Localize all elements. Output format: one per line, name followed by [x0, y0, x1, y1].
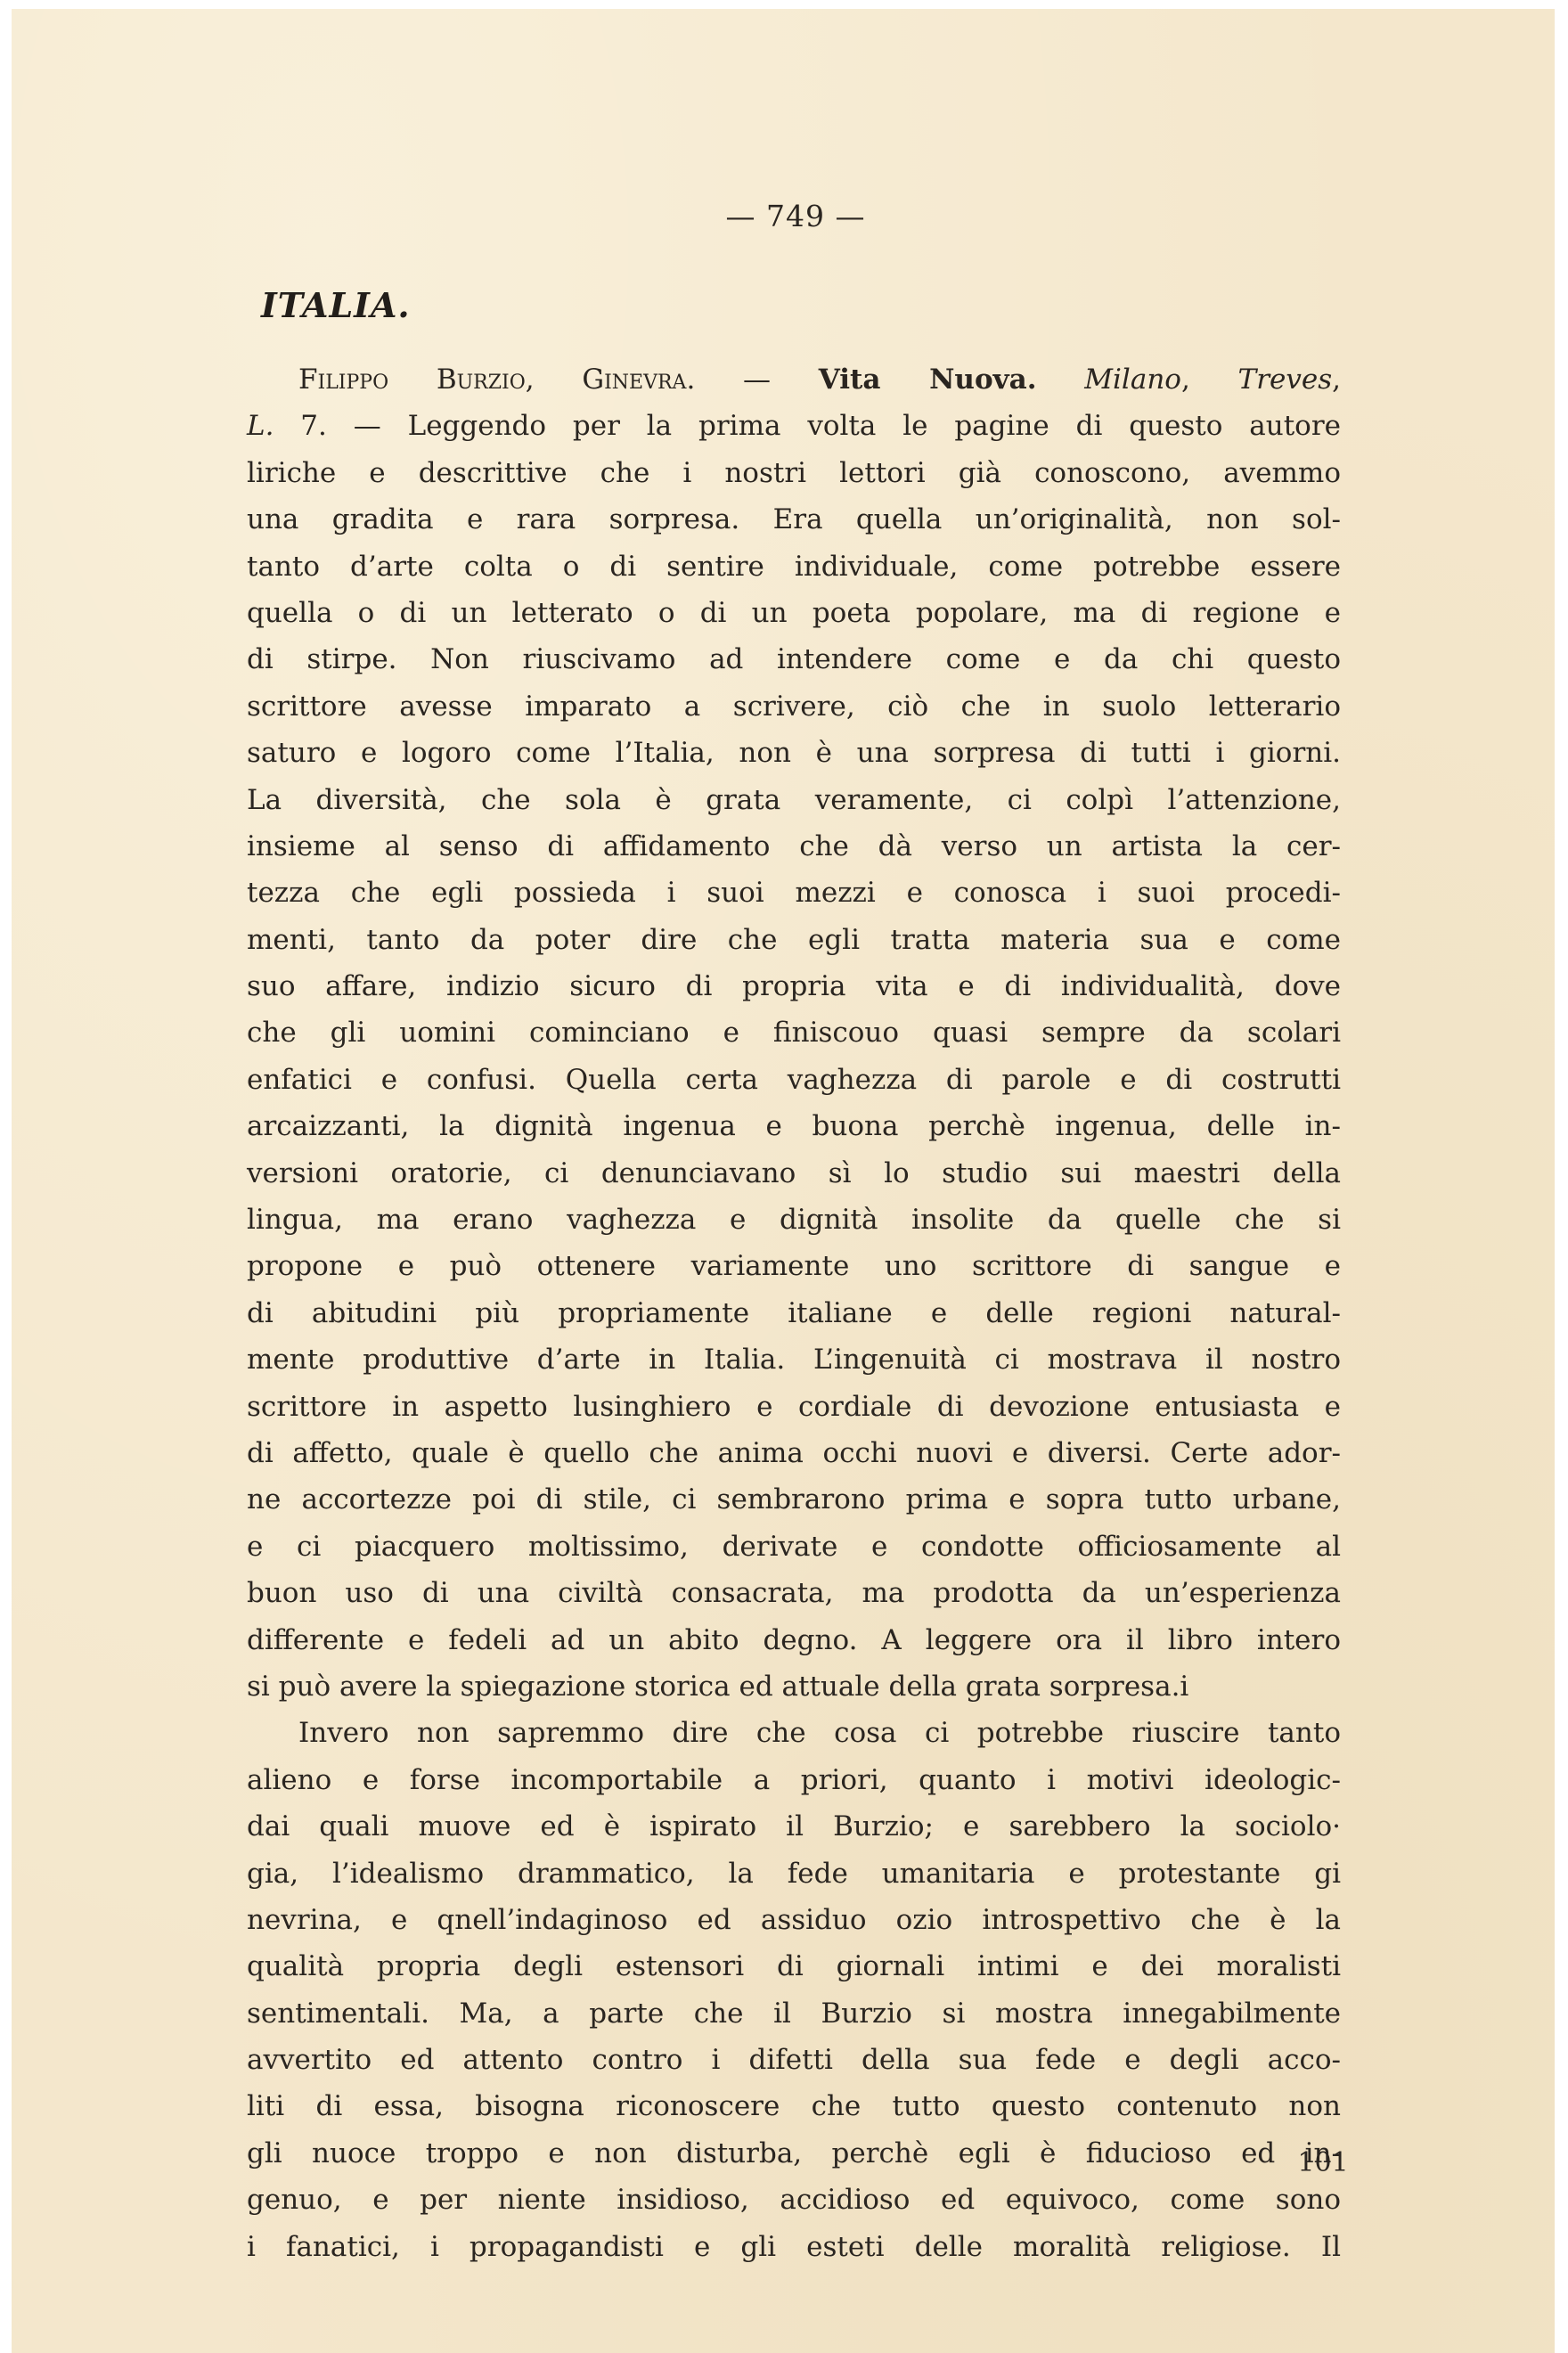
review-heading-line: Filippo Burzio, Ginevra. — Vita Nuova. M…: [247, 356, 1341, 403]
price-line: L. 7. — Leggendo per la prima volta le p…: [247, 403, 1341, 449]
text-line: scrittore in aspetto lusinghiero e cordi…: [247, 1384, 1341, 1430]
text-line: liriche e descrittive che i nostri letto…: [247, 450, 1341, 496]
text-line: genuo, e per niente insidioso, accidioso…: [247, 2177, 1341, 2223]
text-line: gia, l’idealismo drammatico, la fede uma…: [247, 1851, 1341, 1897]
text-line: gli nuoce troppo e non disturba, perchè …: [247, 2130, 1341, 2177]
text-line: che gli uomini cominciano e finiscouo qu…: [247, 1009, 1341, 1056]
text-line: avvertito ed attento contro i difetti de…: [247, 2037, 1341, 2083]
text-line: buon uso di una civiltà consacrata, ma p…: [247, 1570, 1341, 1616]
text-line: saturo e logoro come l’Italia, non è una…: [247, 730, 1341, 776]
text-line: i fanatici, i propagandisti e gli esteti…: [247, 2224, 1341, 2270]
text-line: differente e fedeli ad un abito degno. A…: [247, 1617, 1341, 1663]
text-line: versioni oratorie, ci denunciavano sì lo…: [247, 1150, 1341, 1197]
text-line: sentimentali. Ma, a parte che il Burzio …: [247, 1990, 1341, 2037]
publisher: Treves: [1238, 364, 1333, 396]
text-line: e ci piacquero moltissimo, derivate e co…: [247, 1524, 1341, 1570]
text-line: lingua, ma erano vaghezza e dignità inso…: [247, 1197, 1341, 1243]
text-line: La diversità, che sola è grata veramente…: [247, 777, 1341, 823]
text-line: ne accortezze poi di stile, ci sembraron…: [247, 1476, 1341, 1523]
text-line: nevrina, e qnell’indaginoso ed assiduo o…: [247, 1897, 1341, 1943]
text-line: Invero non sapremmo dire che cosa ci pot…: [247, 1710, 1341, 1756]
text-line: mente produttive d’arte in Italia. L’ing…: [247, 1336, 1341, 1383]
text-line: di stirpe. Non riuscivamo ad intendere c…: [247, 636, 1341, 682]
author-name: Filippo Burzio: [298, 364, 526, 396]
text-line: alieno e forse incomportabile a priori, …: [247, 1757, 1341, 1803]
text-line: menti, tanto da poter dire che egli trat…: [247, 917, 1341, 963]
text-line: scrittore avesse imparato a scrivere, ci…: [247, 683, 1341, 730]
text-line: tanto d’arte colta o di sentire individu…: [247, 543, 1341, 590]
text-line: suo affare, indizio sicuro di propria vi…: [247, 963, 1341, 1009]
text-line: enfatici e confusi. Quella certa vaghezz…: [247, 1057, 1341, 1103]
text-line: tezza che egli possieda i suoi mezzi e c…: [247, 870, 1341, 916]
publisher-place: Milano: [1084, 364, 1181, 396]
review-body: Filippo Burzio, Ginevra. — Vita Nuova. M…: [247, 356, 1341, 2270]
price-label: L.: [247, 410, 274, 442]
text-line: di affetto, quale è quello che anima occ…: [247, 1430, 1341, 1476]
text-line: quella o di un letterato o di un poeta p…: [247, 590, 1341, 636]
section-title: ITALIA.: [261, 285, 411, 325]
text-line: liti di essa, bisogna riconoscere che tu…: [247, 2083, 1341, 2129]
text-line: si può avere la spiegazione storica ed a…: [247, 1663, 1341, 1710]
text-line: insieme al senso di affidamento che dà v…: [247, 823, 1341, 870]
text-line: propone e può ottenere variamente uno sc…: [247, 1243, 1341, 1289]
text-line: una gradita e rara sorpresa. Era quella …: [247, 496, 1341, 543]
series-name: Vita Nuova.: [819, 364, 1037, 396]
page-number: — 749 —: [12, 199, 1568, 233]
text-line: dai quali muove ed è ispirato il Burzio;…: [247, 1803, 1341, 1850]
signature-mark: 101: [1274, 2147, 1372, 2178]
text-line: qualità propria degli estensori di giorn…: [247, 1943, 1341, 1989]
text-line: di abitudini più propriamente italiane e…: [247, 1290, 1341, 1336]
text-line: arcaizzanti, la dignità ingenua e buona …: [247, 1103, 1341, 1149]
book-title: Ginevra.: [582, 364, 695, 396]
